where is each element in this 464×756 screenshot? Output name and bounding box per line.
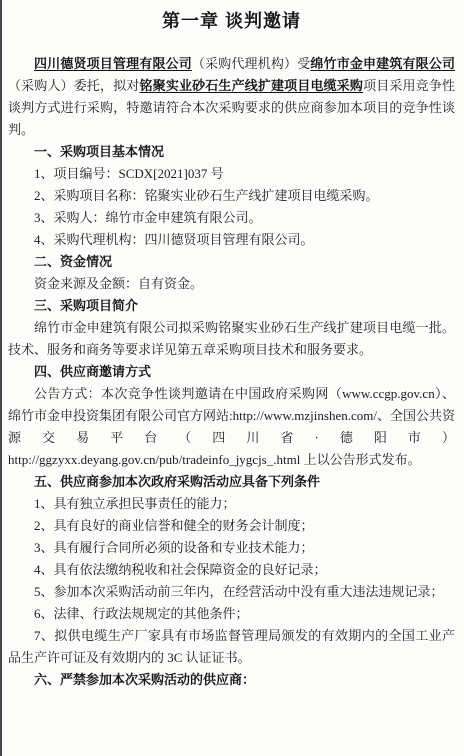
list-item: 4、采购代理机构：四川德贤项目管理有限公司。 bbox=[8, 229, 455, 251]
section-heading: 四、供应商邀请方式 bbox=[8, 361, 455, 383]
body-paragraph: 绵竹市金申建筑有限公司拟采购铭聚实业砂石生产线扩建项目电缆一批。技术、服务和商务… bbox=[8, 317, 455, 361]
body-paragraph: 资金来源及金额：自有资金。 bbox=[8, 273, 455, 295]
intro-text-segment: （采购人）委托，拟对 bbox=[8, 78, 140, 93]
scan-edge-artifact bbox=[0, 0, 2, 756]
intro-text-segment: （采购代理机构）受 bbox=[192, 56, 310, 71]
list-item: 5、参加本次采购活动前三年内，在经营活动中没有重大违法违规记录； bbox=[8, 581, 455, 603]
purchaser-name-emphasis: 绵竹市金申建筑有限公司 bbox=[310, 56, 455, 71]
list-item: 3、采购人：绵竹市金申建筑有限公司。 bbox=[8, 207, 455, 229]
section-heading: 二、资金情况 bbox=[8, 251, 455, 273]
list-item: 6、法律、行政法规规定的其他条件； bbox=[8, 603, 455, 625]
section-heading: 六、严禁参加本次采购活动的供应商： bbox=[8, 669, 455, 691]
intro-paragraph: 四川德贤项目管理有限公司（采购代理机构）受绵竹市金申建筑有限公司（采购人）委托，… bbox=[8, 53, 455, 141]
list-item: 1、项目编号：SCDX[2021]037 号 bbox=[8, 163, 455, 185]
list-item: 1、具有独立承担民事责任的能力； bbox=[8, 493, 455, 515]
section-heading: 三、采购项目简介 bbox=[8, 295, 455, 317]
list-item: 2、采购项目名称：铭聚实业砂石生产线扩建项目电缆采购。 bbox=[8, 185, 455, 207]
project-name-emphasis: 铭聚实业砂石生产线扩建项目电缆采购 bbox=[140, 78, 364, 93]
document-body: 一、采购项目基本情况1、项目编号：SCDX[2021]037 号2、采购项目名称… bbox=[8, 141, 455, 691]
chapter-title: 第一章 谈判邀请 bbox=[8, 8, 455, 34]
list-item: 2、具有良好的商业信誉和健全的财务会计制度； bbox=[8, 515, 455, 537]
section-heading: 一、采购项目基本情况 bbox=[8, 141, 455, 163]
list-item: 3、具有履行合同所必须的设备和专业技术能力； bbox=[8, 537, 455, 559]
section-heading: 五、供应商参加本次政府采购活动应具备下列条件 bbox=[8, 471, 455, 493]
list-item: 4、具有依法缴纳税收和社会保障资金的良好记录； bbox=[8, 559, 455, 581]
procurement-agency-name-emphasis: 四川德贤项目管理有限公司 bbox=[34, 56, 192, 71]
body-paragraph: 公告方式：本次竞争性谈判邀请在中国政府采购网（www.ccgp.gov.cn）、… bbox=[8, 383, 455, 471]
list-item: 7、拟供电缆生产厂家具有市场监督管理局颁发的有效期内的全国工业产品生产许可证及有… bbox=[8, 625, 455, 669]
scanned-document-page: 第一章 谈判邀请 四川德贤项目管理有限公司（采购代理机构）受绵竹市金申建筑有限公… bbox=[0, 0, 464, 756]
